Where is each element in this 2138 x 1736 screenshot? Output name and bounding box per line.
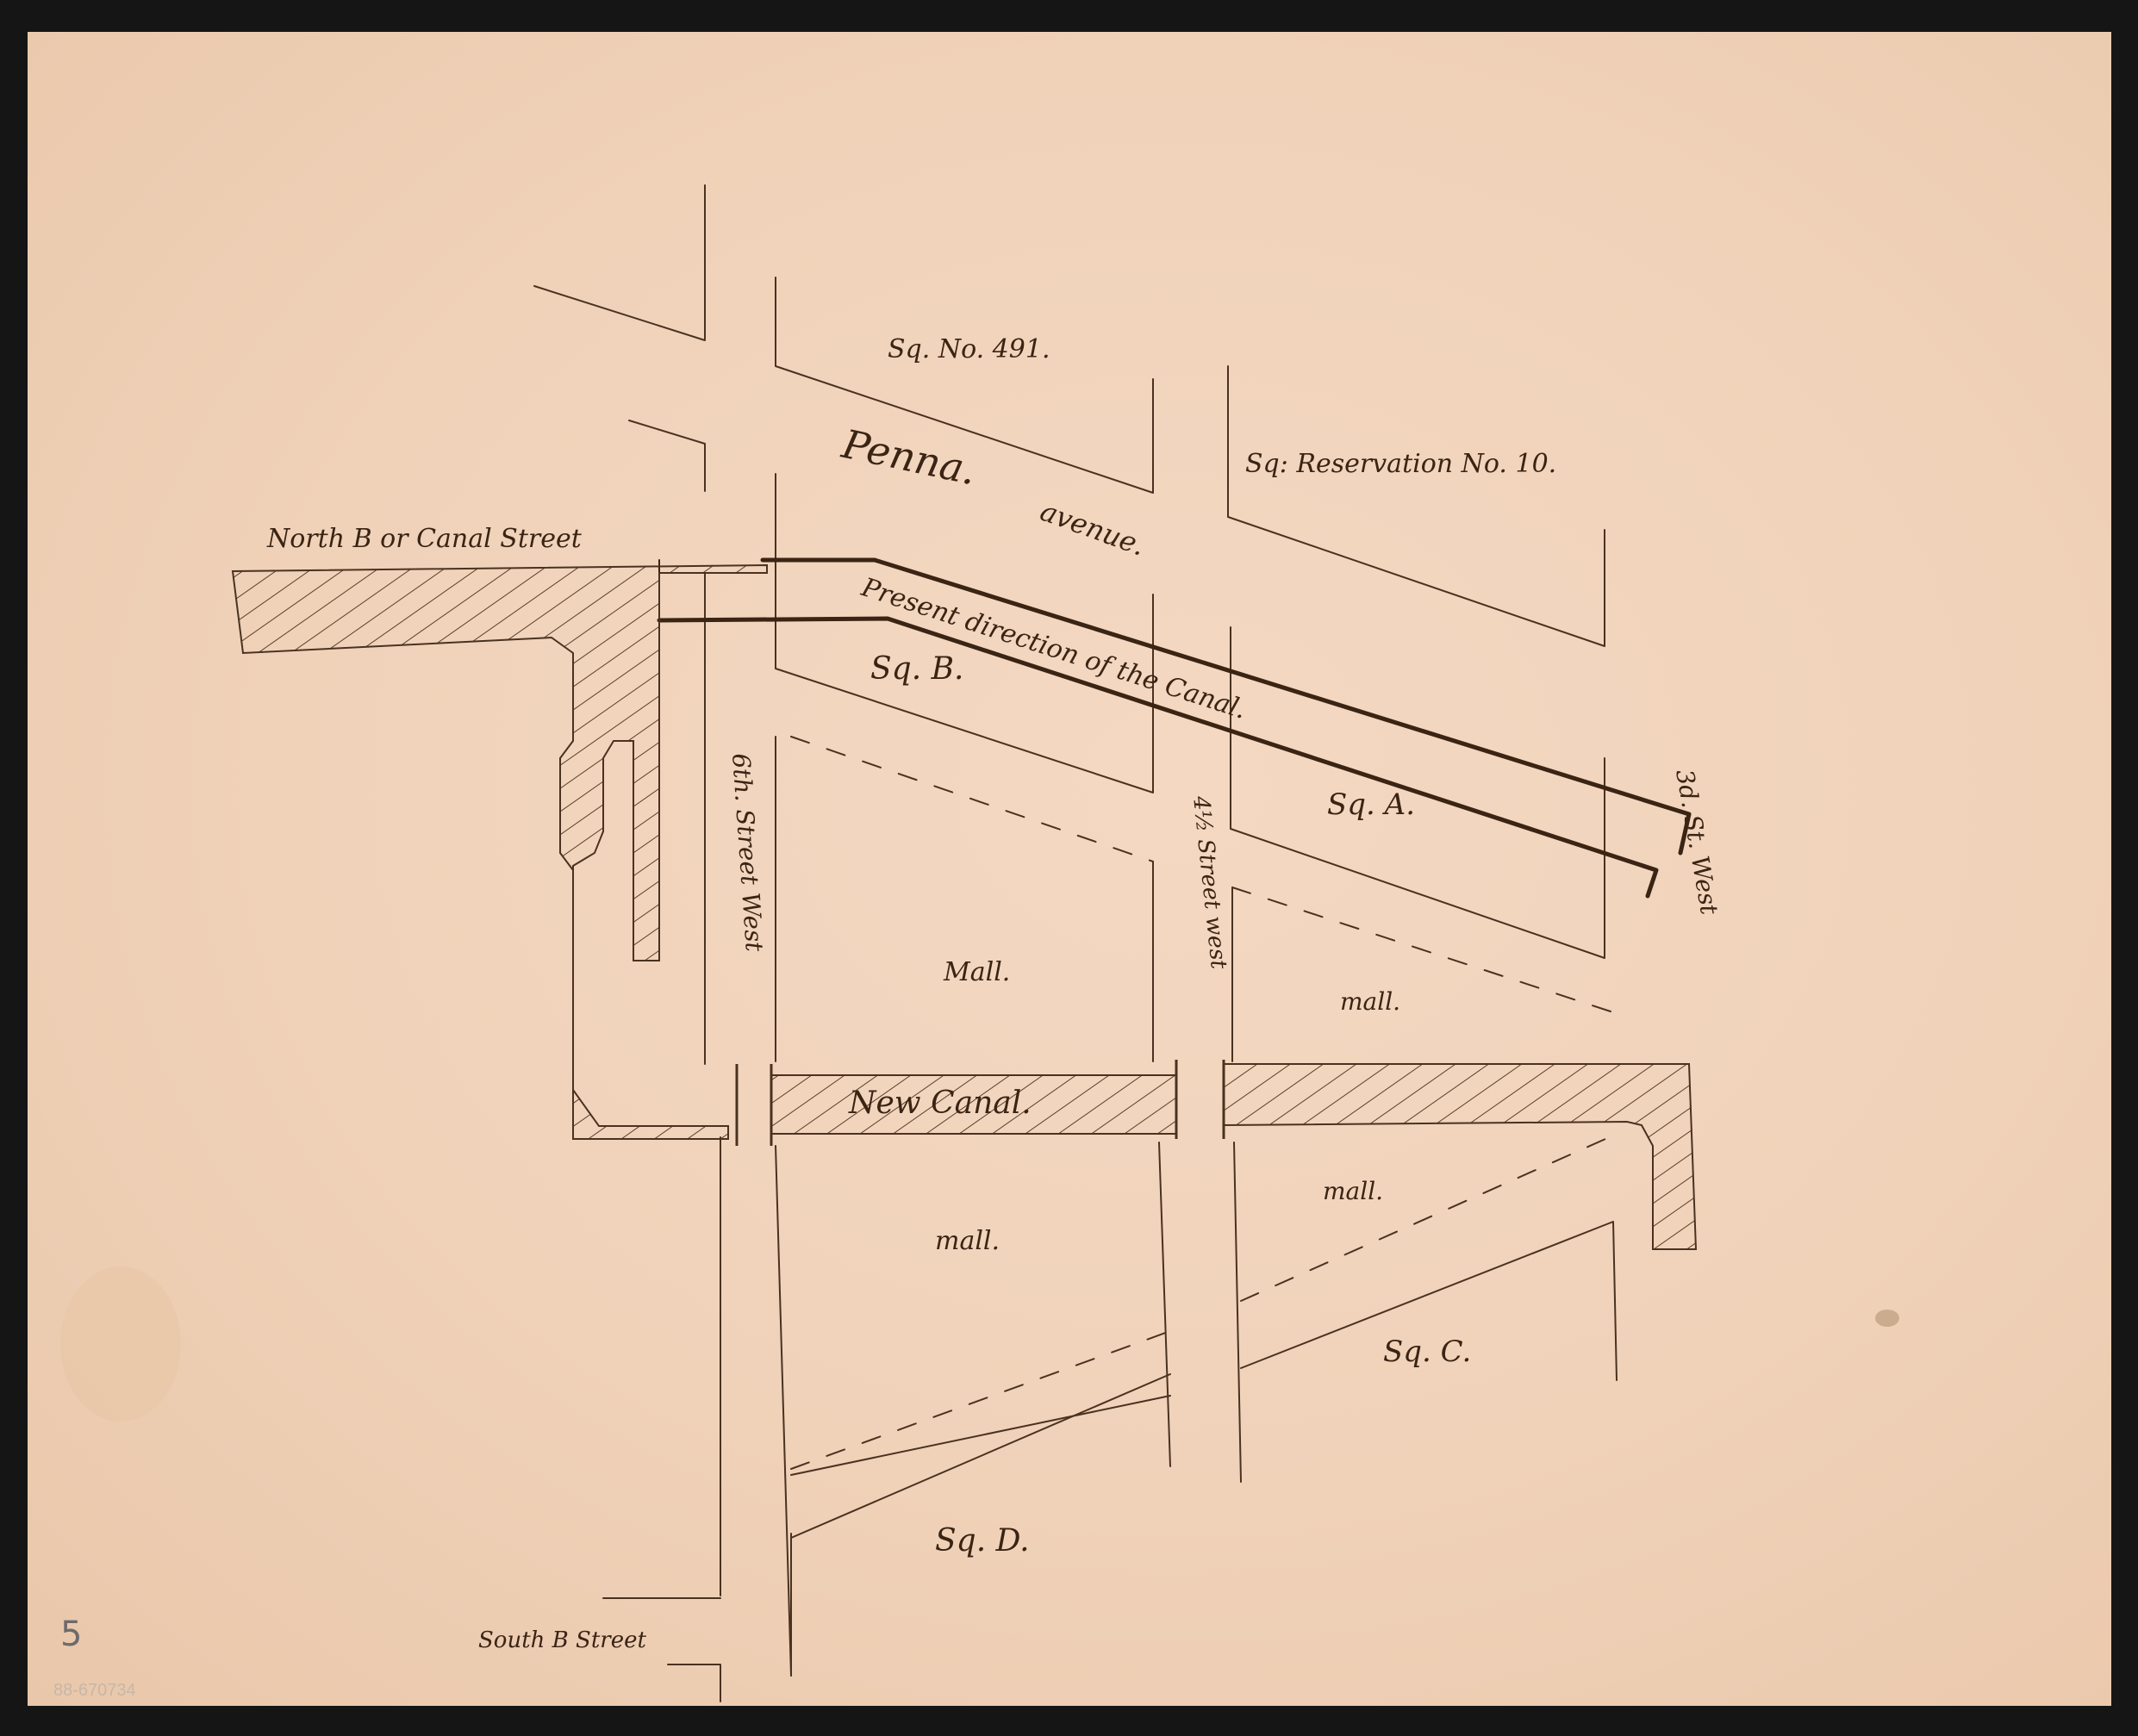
ink-stain	[1875, 1310, 1899, 1327]
label-mall-3: mall.	[1323, 1177, 1383, 1205]
label-mall-1: Mall.	[943, 957, 1010, 987]
label-sq-a: Sq. A.	[1327, 787, 1415, 822]
label-present-direction: Present direction of the Canal.	[857, 572, 1250, 725]
scan-frame: Sq. No. 491. Penna. avenue. Sq: Reservat…	[0, 0, 2138, 1736]
label-mall-2: mall.	[1340, 987, 1400, 1016]
label-sq-b: Sq. B.	[870, 651, 964, 687]
label-sq-c: Sq. C.	[1383, 1335, 1471, 1369]
label-sq-d: Sq. D.	[935, 1523, 1030, 1559]
label-6th-street-west: 6th. Street West	[726, 752, 769, 953]
block-outlines	[534, 185, 1617, 1702]
label-penna: Penna.	[838, 420, 981, 495]
label-new-canal: New Canal.	[848, 1086, 1032, 1121]
present-canal-route	[659, 560, 1689, 896]
label-sq-491: Sq. No. 491.	[888, 334, 1050, 364]
label-3rd-street-west: 3d. St. West	[1670, 767, 1723, 917]
label-north-b-canal-street: North B or Canal Street	[266, 524, 583, 554]
label-avenue: avenue.	[1036, 495, 1150, 563]
pencil-mark: 5	[60, 1615, 82, 1654]
label-south-b-street: South B Street	[478, 1627, 647, 1653]
label-mall-4: mall.	[935, 1226, 1000, 1256]
old-canal-basin	[233, 565, 767, 1139]
label-4-half-street-west: 4½ Street west	[1187, 794, 1231, 971]
water-stain	[60, 1266, 181, 1422]
label-sq-reservation-10: Sq: Reservation No. 10.	[1245, 449, 1556, 479]
catalog-stamp: 88-670734	[53, 1681, 136, 1700]
map-drawing: Sq. No. 491. Penna. avenue. Sq: Reservat…	[0, 0, 2138, 1736]
